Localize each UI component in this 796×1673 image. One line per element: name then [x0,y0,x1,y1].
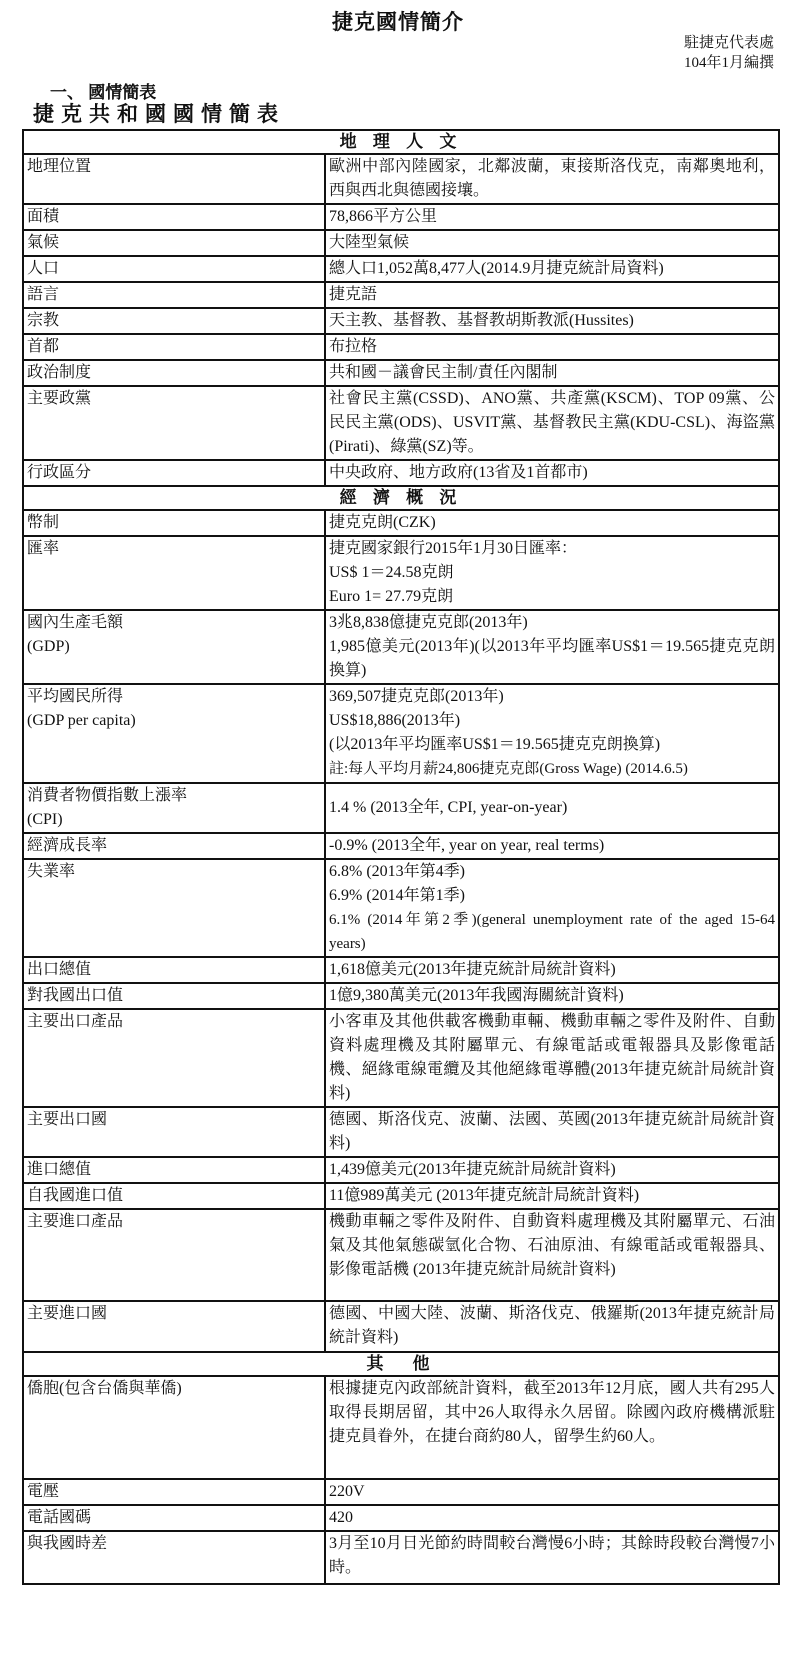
row-key: 主要進口產品 [23,1209,325,1301]
row-value: 德國、斯洛伐克、波蘭、法國、英國(2013年捷克統計局統計資料) [325,1107,779,1157]
row-key: 面積 [23,204,325,230]
table-row: 政治制度 共和國－議會民主制/責任內閣制 [23,360,779,386]
row-value: 根據捷克內政部統計資料，截至2013年12月底，國人共有295人取得長期居留，其… [325,1376,779,1479]
row-value: 機動車輛之零件及附件、自動資料處理機及其附屬單元、石油氣及其他氣態碳氫化合物、石… [325,1209,779,1301]
row-key: 出口總值 [23,957,325,983]
value-line: 6.9% (2014年第1季) [329,884,775,908]
key-line: (CPI) [27,808,321,832]
row-value: 捷克語 [325,282,779,308]
row-value: 天主教、基督教、基督教胡斯教派(Hussites) [325,308,779,334]
table-row: 對我國出口值 1億9,380萬美元(2013年我國海關統計資料) [23,983,779,1009]
table-row: 經濟成長率 -0.9% (2013全年, year on year, real … [23,833,779,859]
table-row: 自我國進口值 11億989萬美元 (2013年捷克統計局統計資料) [23,1183,779,1209]
compiled-date: 104年1月編撰 [684,53,774,73]
table-row: 主要出口產品 小客車及其他供載客機動車輛、機動車輛之零件及附件、自動資料處理機及… [23,1009,779,1107]
table-row: 匯率 捷克國家銀行2015年1月30日匯率： US$ 1＝24.58克朗 Eur… [23,536,779,610]
row-key: 匯率 [23,536,325,610]
table-row: 進口總值 1,439億美元(2013年捷克統計局統計資料) [23,1157,779,1183]
row-value: 歐洲中部內陸國家，北鄰波蘭，東接斯洛伐克，南鄰奧地利，西與西北與德國接壤。 [325,154,779,204]
value-line: (以2013年平均匯率US$1＝19.565捷克克朗換算) [329,733,775,757]
row-value: 中央政府、地方政府(13省及1首都市) [325,460,779,486]
table-row: 幣制 捷克克朗(CZK) [23,510,779,536]
row-key: 自我國進口值 [23,1183,325,1209]
table-row: 語言 捷克語 [23,282,779,308]
table-row: 出口總值 1,618億美元(2013年捷克統計局統計資料) [23,957,779,983]
value-line: 註:每人平均月薪24,806捷克克郎(Gross Wage) (2014.6.5… [329,757,775,781]
table-row: 主要出口國 德國、斯洛伐克、波蘭、法國、英國(2013年捷克統計局統計資料) [23,1107,779,1157]
document-author-block: 駐捷克代表處 104年1月編撰 [684,33,774,73]
row-key: 電壓 [23,1479,325,1505]
row-value: 220V [325,1479,779,1505]
row-key: 與我國時差 [23,1531,325,1584]
row-value: 捷克克朗(CZK) [325,510,779,536]
row-value: 共和國－議會民主制/責任內閣制 [325,360,779,386]
table-row: 國內生產毛額 (GDP) 3兆8,838億捷克克郎(2013年) 1,985億美… [23,610,779,684]
table-row: 人口 總人口1,052萬8,477人(2014.9月捷克統計局資料) [23,256,779,282]
table-row: 與我國時差 3月至10月日光節約時間較台灣慢6小時；其餘時段較台灣慢7小時。 [23,1531,779,1584]
organization: 駐捷克代表處 [684,33,774,53]
row-value: 布拉格 [325,334,779,360]
row-key: 氣候 [23,230,325,256]
table-row: 消費者物價指數上漲率 (CPI) 1.4 % (2013全年, CPI, yea… [23,783,779,833]
row-key: 僑胞(包含台僑與華僑) [23,1376,325,1479]
table-row: 氣候 大陸型氣候 [23,230,779,256]
row-key: 人口 [23,256,325,282]
row-value: 小客車及其他供載客機動車輛、機動車輛之零件及附件、自動資料處理機及其附屬單元、有… [325,1009,779,1107]
table-row: 失業率 6.8% (2013年第4季) 6.9% (2014年第1季) 6.1%… [23,859,779,957]
value-line: 3兆8,838億捷克克郎(2013年) [329,611,775,635]
row-key: 宗教 [23,308,325,334]
row-key: 主要出口國 [23,1107,325,1157]
row-value: 3月至10月日光節約時間較台灣慢6小時；其餘時段較台灣慢7小時。 [325,1531,779,1584]
table-row: 僑胞(包含台僑與華僑) 根據捷克內政部統計資料，截至2013年12月底，國人共有… [23,1376,779,1479]
table-row: 宗教 天主教、基督教、基督教胡斯教派(Hussites) [23,308,779,334]
row-key: 消費者物價指數上漲率 (CPI) [23,783,325,833]
table-row: 主要政黨 社會民主黨(CSSD)、ANO黨、共產黨(KSCM)、TOP 09黨、… [23,386,779,460]
row-key: 主要出口產品 [23,1009,325,1107]
section-header-row: 地 理 人 文 [23,130,779,154]
value-line: US$18,886(2013年) [329,709,775,733]
row-key: 行政區分 [23,460,325,486]
row-value: 捷克國家銀行2015年1月30日匯率： US$ 1＝24.58克朗 Euro 1… [325,536,779,610]
row-value: 1億9,380萬美元(2013年我國海關統計資料) [325,983,779,1009]
country-info-table: 地 理 人 文 地理位置 歐洲中部內陸國家，北鄰波蘭，東接斯洛伐克，南鄰奧地利，… [22,129,780,1585]
row-key: 主要政黨 [23,386,325,460]
value-line: Euro 1= 27.79克朗 [329,585,775,609]
table-row: 面積 78,866平方公里 [23,204,779,230]
row-value: 總人口1,052萬8,477人(2014.9月捷克統計局資料) [325,256,779,282]
row-key: 進口總值 [23,1157,325,1183]
table-row: 地理位置 歐洲中部內陸國家，北鄰波蘭，東接斯洛伐克，南鄰奧地利，西與西北與德國接… [23,154,779,204]
row-key: 地理位置 [23,154,325,204]
table-row: 首都 布拉格 [23,334,779,360]
row-value: 1,439億美元(2013年捷克統計局統計資料) [325,1157,779,1183]
row-key: 幣制 [23,510,325,536]
section-title-economy: 經 濟 概 況 [23,486,779,510]
row-key: 經濟成長率 [23,833,325,859]
value-line: US$ 1＝24.58克朗 [329,561,775,585]
row-value: 6.8% (2013年第4季) 6.9% (2014年第1季) 6.1% (20… [325,859,779,957]
row-value: 社會民主黨(CSSD)、ANO黨、共產黨(KSCM)、TOP 09黨、公民民主黨… [325,386,779,460]
row-key: 國內生產毛額 (GDP) [23,610,325,684]
row-value: 420 [325,1505,779,1531]
value-line: 6.8% (2013年第4季) [329,860,775,884]
table-row: 行政區分 中央政府、地方政府(13省及1首都市) [23,460,779,486]
row-key: 對我國出口值 [23,983,325,1009]
table-row: 主要進口國 德國、中國大陸、波蘭、斯洛伐克、俄羅斯(2013年捷克統計局統計資料… [23,1301,779,1352]
value-line: 6.1% (2014年第2季)(general unemployment rat… [329,908,775,956]
section-header-row: 經 濟 概 況 [23,486,779,510]
row-key: 政治制度 [23,360,325,386]
key-line: 國內生產毛額 [27,611,321,635]
row-value: 3兆8,838億捷克克郎(2013年) 1,985億美元(2013年)(以201… [325,610,779,684]
row-key: 主要進口國 [23,1301,325,1352]
row-key: 失業率 [23,859,325,957]
row-key: 平均國民所得 (GDP per capita) [23,684,325,783]
key-line: 消費者物價指數上漲率 [27,784,321,808]
value-line: 369,507捷克克郎(2013年) [329,685,775,709]
row-value: 德國、中國大陸、波蘭、斯洛伐克、俄羅斯(2013年捷克統計局統計資料) [325,1301,779,1352]
document-title: 捷克國情簡介 [0,6,796,36]
row-value: 369,507捷克克郎(2013年) US$18,886(2013年) (以20… [325,684,779,783]
key-line: (GDP) [27,635,321,659]
row-value: 1,618億美元(2013年捷克統計局統計資料) [325,957,779,983]
row-value: 1.4 % (2013全年, CPI, year-on-year) [325,783,779,833]
table-row: 電壓 220V [23,1479,779,1505]
row-value: 11億989萬美元 (2013年捷克統計局統計資料) [325,1183,779,1209]
key-line: 平均國民所得 [27,685,321,709]
row-value: -0.9% (2013全年, year on year, real terms) [325,833,779,859]
table-title: 捷克共和國國情簡表 [33,98,285,128]
row-key: 語言 [23,282,325,308]
table-row: 平均國民所得 (GDP per capita) 369,507捷克克郎(2013… [23,684,779,783]
table-row: 主要進口產品 機動車輛之零件及附件、自動資料處理機及其附屬單元、石油氣及其他氣態… [23,1209,779,1301]
value-line: 1,985億美元(2013年)(以2013年平均匯率US$1＝19.565捷克克… [329,635,775,683]
row-key: 電話國碼 [23,1505,325,1531]
section-title-other: 其 他 [23,1352,779,1376]
section-header-row: 其 他 [23,1352,779,1376]
row-value: 78,866平方公里 [325,204,779,230]
table-row: 電話國碼 420 [23,1505,779,1531]
section-title-geography: 地 理 人 文 [23,130,779,154]
row-value: 大陸型氣候 [325,230,779,256]
row-key: 首都 [23,334,325,360]
key-line: (GDP per capita) [27,709,321,733]
value-line: 捷克國家銀行2015年1月30日匯率： [329,537,775,561]
